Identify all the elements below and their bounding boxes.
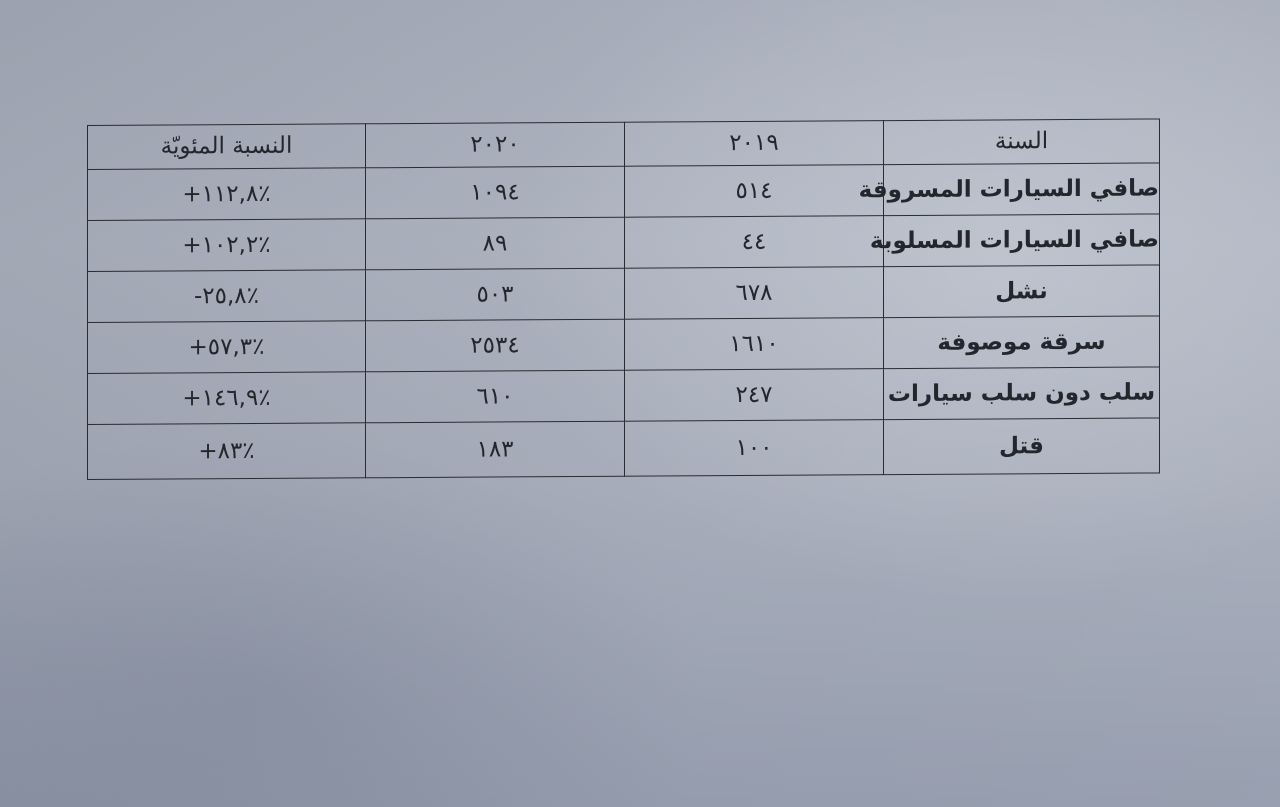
row-label: قتل	[884, 418, 1160, 475]
table-row: سرقة موصوفة ١٦١٠ ٢٥٣٤ +٥٧,٣٪	[88, 316, 1160, 374]
row-label: نشل	[884, 265, 1160, 318]
percentage-value: +١٠٢,٢٪	[182, 233, 270, 257]
percentage-value: +١١٢,٨٪	[182, 182, 270, 206]
cell-percentage: -٢٥,٨٪	[88, 270, 366, 323]
row-label: صافي السيارات المسلوبة	[884, 214, 1160, 267]
header-2019: ٢٠١٩	[625, 121, 884, 167]
cell-2019: ٢٤٧	[625, 369, 884, 422]
cell-percentage: +١٠٢,٢٪	[88, 219, 366, 272]
table-row: سلب دون سلب سيارات ٢٤٧ ٦١٠ +١٤٦,٩٪	[88, 367, 1160, 425]
table-row: نشل ٦٧٨ ٥٠٣ -٢٥,٨٪	[88, 265, 1160, 323]
cell-2020: ١٠٩٤	[366, 166, 625, 219]
cell-2020: ٥٠٣	[366, 268, 625, 321]
percentage-value: +١٤٦,٩٪	[182, 386, 270, 410]
cell-2019: ١٠٠	[625, 420, 884, 477]
cell-percentage: +٥٧,٣٪	[88, 321, 366, 374]
percentage-value: +٥٧,٣٪	[189, 335, 265, 358]
percentage-value: -٢٥,٨٪	[194, 284, 259, 307]
cell-percentage: +٨٣٪	[88, 423, 366, 480]
table-header-row: السنة ٢٠١٩ ٢٠٢٠ النسبة المئويّة	[88, 119, 1160, 170]
table-row: صافي السيارات المسلوبة ٤٤ ٨٩ +١٠٢,٢٪	[88, 214, 1160, 272]
header-year-label: السنة	[884, 119, 1160, 165]
cell-2019: ٤٤	[625, 216, 884, 269]
row-label: سلب دون سلب سيارات	[884, 367, 1160, 420]
table-row: قتل ١٠٠ ١٨٣ +٨٣٪	[88, 418, 1160, 480]
cell-2020: ٢٥٣٤	[366, 319, 625, 372]
table-row: صافي السيارات المسروقة ٥١٤ ١٠٩٤ +١١٢,٨٪	[88, 163, 1160, 221]
percentage-value: +٨٣٪	[198, 439, 254, 462]
cell-percentage: +١١٢,٨٪	[88, 168, 366, 221]
cell-2019: ١٦١٠	[625, 318, 884, 371]
cell-2019: ٥١٤	[625, 165, 884, 218]
cell-2020: ٨٩	[366, 217, 625, 270]
cell-2020: ٦١٠	[366, 370, 625, 423]
row-label: سرقة موصوفة	[884, 316, 1160, 369]
cell-percentage: +١٤٦,٩٪	[88, 372, 366, 425]
row-label: صافي السيارات المسروقة	[884, 163, 1160, 216]
crime-statistics-table: السنة ٢٠١٩ ٢٠٢٠ النسبة المئويّة صافي الس…	[87, 118, 1160, 480]
cell-2020: ١٨٣	[366, 421, 625, 478]
crime-statistics-table-wrapper: السنة ٢٠١٩ ٢٠٢٠ النسبة المئويّة صافي الس…	[87, 118, 1159, 480]
header-percentage: النسبة المئويّة	[88, 124, 366, 170]
header-2020: ٢٠٢٠	[366, 122, 625, 168]
cell-2019: ٦٧٨	[625, 267, 884, 320]
